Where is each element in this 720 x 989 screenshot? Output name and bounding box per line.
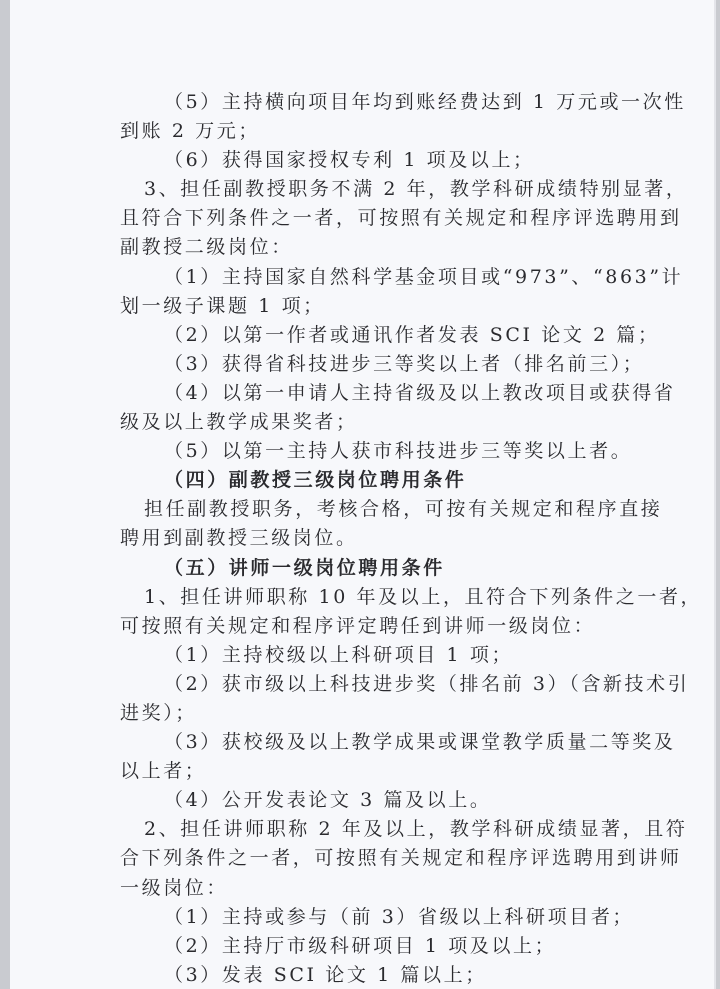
- text-line: 3、担任副教授职务不满 2 年，教学科研成绩特别显著，: [120, 175, 610, 204]
- section-heading: （四）副教授三级岗位聘用条件: [120, 466, 610, 495]
- text-line: （6）获得国家授权专利 1 项及以上；: [120, 146, 610, 175]
- text-line: 划一级子课题 1 项；: [120, 292, 610, 321]
- text-line: （3）发表 SCI 论文 1 篇以上；: [120, 961, 610, 989]
- text-line: （5）主持横向项目年均到账经费达到 1 万元或一次性: [120, 88, 610, 117]
- text-line: 2、担任讲师职称 2 年及以上，教学科研成绩显著，且符: [120, 815, 610, 844]
- text-line: 到账 2 万元；: [120, 117, 610, 146]
- section-heading: （五）讲师一级岗位聘用条件: [120, 554, 610, 583]
- text-line: （1）主持或参与（前 3）省级以上科研项目者；: [120, 903, 610, 932]
- text-line: 且符合下列条件之一者，可按照有关规定和程序评选聘用到: [120, 204, 610, 233]
- text-line: 担任副教授职务，考核合格，可按有关规定和程序直接: [120, 495, 610, 524]
- text-line: （2）以第一作者或通讯作者发表 SCI 论文 2 篇；: [120, 321, 610, 350]
- text-line: 一级岗位：: [120, 874, 610, 903]
- scanned-page: （5）主持横向项目年均到账经费达到 1 万元或一次性到账 2 万元；（6）获得国…: [10, 0, 716, 989]
- text-line: （4）以第一申请人主持省级及以上教改项目或获得省: [120, 379, 610, 408]
- text-line: 副教授二级岗位：: [120, 233, 610, 262]
- text-line: （2）主持厅市级科研项目 1 项及以上；: [120, 932, 610, 961]
- text-line: （5）以第一主持人获市科技进步三等奖以上者。: [120, 437, 610, 466]
- text-line: 级及以上教学成果奖者；: [120, 408, 610, 437]
- text-line: 合下列条件之一者，可按照有关规定和程序评选聘用到讲师: [120, 844, 610, 873]
- text-line: 1、担任讲师职称 10 年及以上，且符合下列条件之一者，: [120, 583, 610, 612]
- text-line: （3）获校级及以上教学成果或课堂教学质量二等奖及: [120, 728, 610, 757]
- text-line: 进奖）；: [120, 699, 610, 728]
- text-line: （3）获得省科技进步三等奖以上者（排名前三）；: [120, 350, 610, 379]
- text-line: 聘用到副教授三级岗位。: [120, 524, 610, 553]
- text-line: 可按照有关规定和程序评定聘任到讲师一级岗位：: [120, 612, 610, 641]
- text-line: 以上者；: [120, 757, 610, 786]
- text-line: （4）公开发表论文 3 篇及以上。: [120, 786, 610, 815]
- text-line: （1）主持国家自然科学基金项目或“973”、“863”计: [120, 263, 610, 292]
- document-body: （5）主持横向项目年均到账经费达到 1 万元或一次性到账 2 万元；（6）获得国…: [120, 88, 610, 989]
- text-line: （1）主持校级以上科研项目 1 项；: [120, 641, 610, 670]
- text-line: （2）获市级以上科技进步奖（排名前 3）（含新技术引: [120, 670, 610, 699]
